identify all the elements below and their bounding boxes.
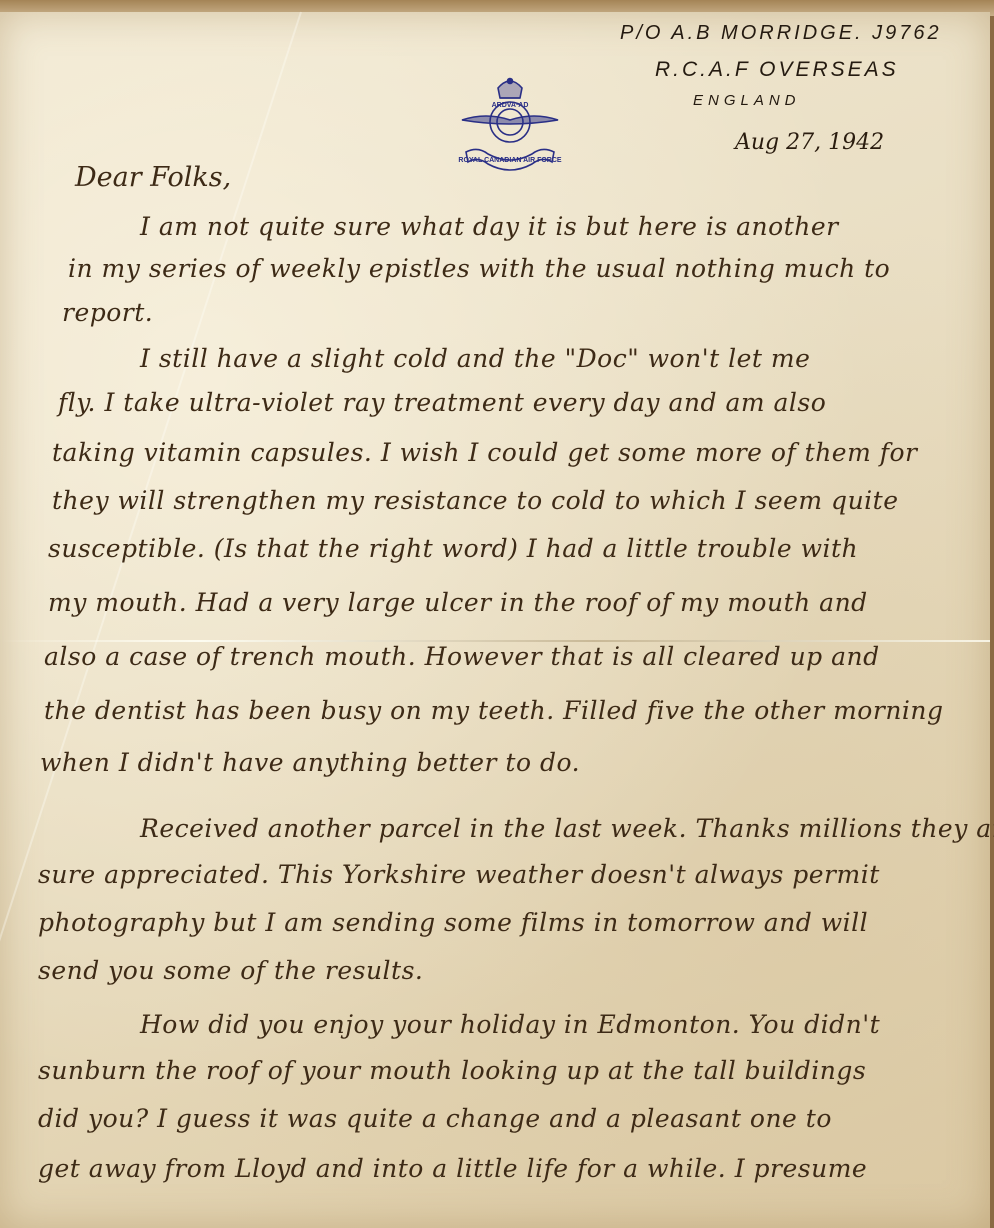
letter-line: sunburn the roof of your mouth looking u… [38, 1056, 866, 1085]
letter-line: susceptible. (Is that the right word) I … [48, 534, 858, 563]
letter-page: P/O A.B MORRIDGE. J9762 R.C.A.F OVERSEAS… [0, 12, 990, 1228]
salutation: Dear Folks, [75, 162, 231, 193]
letter-line: my mouth. Had a very large ulcer in the … [48, 588, 868, 617]
letter-line: also a case of trench mouth. However tha… [44, 642, 880, 671]
letter-line: sure appreciated. This Yorkshire weather… [38, 860, 880, 889]
letter-line: get away from Lloyd and into a little li… [38, 1154, 867, 1183]
rcaf-crest-icon: ARDVA·AD ROYAL CANADIAN AIR FORCE [458, 74, 562, 176]
letter-line: fly. I take ultra-violet ray treatment e… [58, 388, 826, 417]
letter-line: send you some of the results. [38, 956, 423, 985]
letter-line: when I didn't have anything better to do… [40, 748, 580, 777]
sender-line: P/O A.B MORRIDGE. J9762 [620, 22, 942, 45]
letter-line: Received another parcel in the last week… [140, 814, 994, 843]
letter-line: photography but I am sending some films … [38, 908, 868, 937]
crest-motto: ARDVA·AD [492, 102, 529, 109]
letter-line: did you? I guess it was quite a change a… [38, 1104, 832, 1133]
letter-line: in my series of weekly epistles with the… [68, 254, 890, 283]
letter-line: I am not quite sure what day it is but h… [140, 212, 839, 241]
unit-line: R.C.A.F OVERSEAS [655, 58, 899, 82]
letter-line: report. [62, 298, 153, 327]
letter-line: I still have a slight cold and the "Doc"… [140, 344, 810, 373]
letter-line: they will strengthen my resistance to co… [52, 486, 899, 515]
letter-line: the dentist has been busy on my teeth. F… [44, 696, 944, 725]
country-line: ENGLAND [693, 92, 801, 109]
letter-line: taking vitamin capsules. I wish I could … [52, 438, 918, 467]
letter-date: Aug 27, 1942 [735, 130, 884, 155]
crest-banner: ROYAL CANADIAN AIR FORCE [458, 157, 562, 164]
letter-line: How did you enjoy your holiday in Edmont… [140, 1010, 880, 1039]
